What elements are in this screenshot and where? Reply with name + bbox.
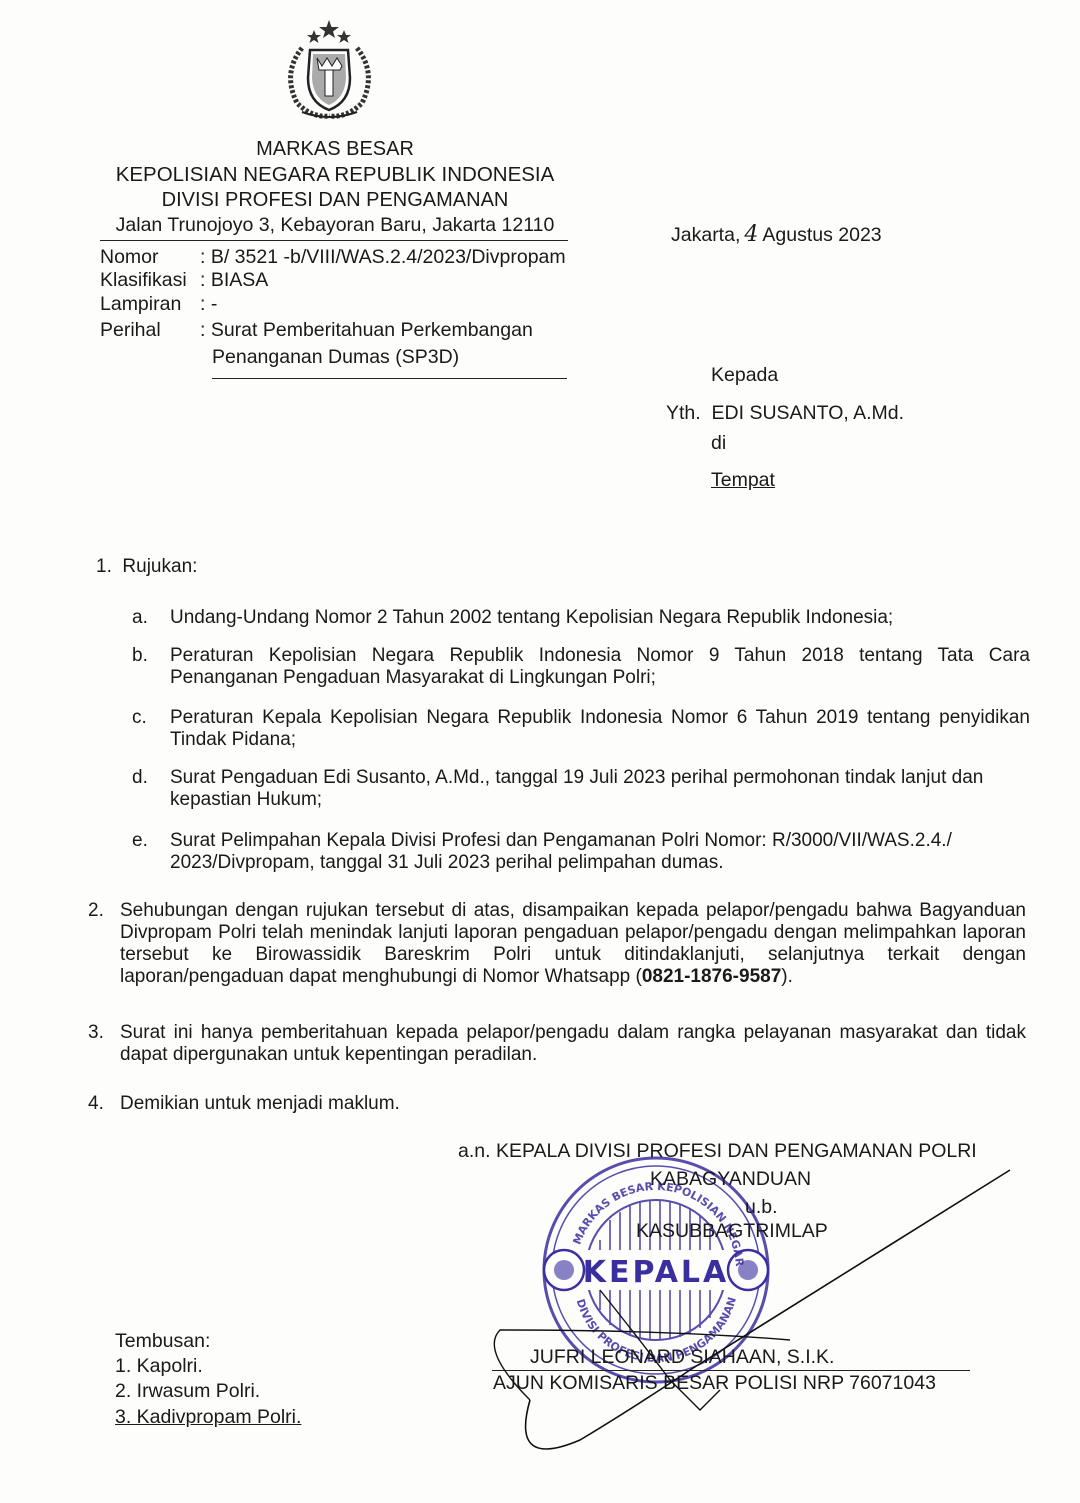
recipient-name-line: Yth. EDI SUSANTO, A.Md. bbox=[666, 402, 904, 425]
para-4-number: 4. bbox=[88, 1093, 104, 1115]
letter-date: Jakarta,4Agustus 2023 bbox=[671, 222, 882, 247]
meta-nomor-label: Nomor bbox=[100, 246, 200, 268]
meta-divider bbox=[212, 378, 567, 379]
date-day-handwritten: 4 bbox=[744, 222, 758, 247]
rujukan-label: c. bbox=[132, 707, 147, 729]
meta-lampiran: Lampiran: - bbox=[100, 293, 217, 315]
recipient-name: EDI SUSANTO, A.Md. bbox=[712, 402, 905, 424]
para-2-body: Sehubungan dengan rujukan tersebut di at… bbox=[120, 900, 1026, 987]
date-month-year: Agustus 2023 bbox=[762, 224, 881, 246]
para-1-title: Rujukan: bbox=[122, 556, 197, 577]
rujukan-text: Peraturan Kepolisian Negara Republik Ind… bbox=[170, 645, 1030, 689]
para-2-end: ). bbox=[781, 966, 793, 987]
rujukan-text: Surat Pengaduan Edi Susanto, A.Md., tang… bbox=[170, 767, 1030, 811]
para-3-number: 3. bbox=[88, 1022, 104, 1044]
recipient-yth: Yth. bbox=[666, 402, 701, 424]
meta-nomor-value: : B/ 3521 -b/VIII/WAS.2.4/2023/Divpropam bbox=[200, 246, 566, 268]
tembusan-item: 2. Irwasum Polri. bbox=[115, 1380, 260, 1403]
signature-ub: u.b. bbox=[745, 1196, 778, 1219]
para-1: 1. Rujukan: bbox=[96, 556, 197, 578]
rujukan-text: Peraturan Kepala Kepolisian Negara Repub… bbox=[170, 707, 1030, 751]
letterhead-line-1: MARKAS BESAR bbox=[100, 137, 570, 161]
para-1-number: 1. bbox=[96, 556, 112, 577]
signature-title: KABAGYANDUAN bbox=[650, 1168, 811, 1191]
rujukan-label: a. bbox=[132, 607, 148, 629]
date-city: Jakarta, bbox=[671, 224, 740, 246]
rujukan-label: b. bbox=[132, 645, 148, 667]
signature-subtitle: KASUBBAGTRIMLAP bbox=[636, 1220, 828, 1243]
meta-klasifikasi-value: : BIASA bbox=[200, 269, 268, 291]
letterhead-line-2: KEPOLISIAN NEGARA REPUBLIK INDONESIA bbox=[100, 163, 570, 187]
letterhead-line-3: DIVISI PROFESI DAN PENGAMANAN bbox=[100, 188, 570, 212]
rujukan-text: Undang-Undang Nomor 2 Tahun 2002 tentang… bbox=[170, 607, 1030, 629]
para-2-text: Sehubungan dengan rujukan tersebut di at… bbox=[120, 900, 1026, 988]
polri-emblem-icon bbox=[272, 18, 387, 126]
whatsapp-number: 0821-1876-9587 bbox=[642, 966, 781, 987]
recipient-tempat: Tempat bbox=[711, 469, 775, 492]
para-3-text: Surat ini hanya pemberitahuan kepada pel… bbox=[120, 1022, 1026, 1066]
letterhead-divider bbox=[100, 240, 568, 241]
para-4-text: Demikian untuk menjadi maklum. bbox=[120, 1093, 980, 1115]
tembusan-item: 1. Kapolri. bbox=[115, 1355, 203, 1378]
meta-nomor: Nomor: B/ 3521 -b/VIII/WAS.2.4/2023/Divp… bbox=[100, 246, 566, 268]
recipient-kepada: Kepada bbox=[711, 364, 778, 387]
letterhead-address: Jalan Trunojoyo 3, Kebayoran Baru, Jakar… bbox=[100, 213, 570, 237]
meta-lampiran-value: : - bbox=[200, 293, 217, 315]
para-2-number: 2. bbox=[88, 900, 104, 922]
meta-klasifikasi-label: Klasifikasi bbox=[100, 269, 200, 291]
meta-perihal: Perihal: Surat Pemberitahuan Perkembanga… bbox=[100, 319, 533, 341]
meta-perihal-label: Perihal bbox=[100, 319, 200, 341]
rujukan-label: e. bbox=[132, 830, 148, 852]
tembusan-title: Tembusan: bbox=[115, 1330, 210, 1353]
meta-klasifikasi: Klasifikasi: BIASA bbox=[100, 269, 268, 291]
signature-divider bbox=[492, 1370, 970, 1371]
signature-an: a.n. KEPALA DIVISI PROFESI DAN PENGAMANA… bbox=[458, 1140, 977, 1163]
tembusan-item: 3. Kadivpropam Polri. bbox=[115, 1406, 301, 1429]
meta-perihal-value-cont: Penanganan Dumas (SP3D) bbox=[212, 346, 459, 368]
signatory-name: JUFRI LEONARD SIAHAAN, S.I.K. bbox=[530, 1346, 834, 1369]
recipient-di: di bbox=[711, 432, 726, 455]
rujukan-label: d. bbox=[132, 767, 148, 789]
rujukan-text: Surat Pelimpahan Kepala Divisi Profesi d… bbox=[170, 830, 1030, 874]
meta-lampiran-label: Lampiran bbox=[100, 293, 200, 315]
meta-perihal-value: : Surat Pemberitahuan Perkembangan bbox=[200, 319, 533, 341]
signatory-rank: AJUN KOMISARIS BESAR POLISI NRP 76071043 bbox=[493, 1372, 936, 1395]
svg-text:KEPALA: KEPALA bbox=[583, 1255, 730, 1290]
